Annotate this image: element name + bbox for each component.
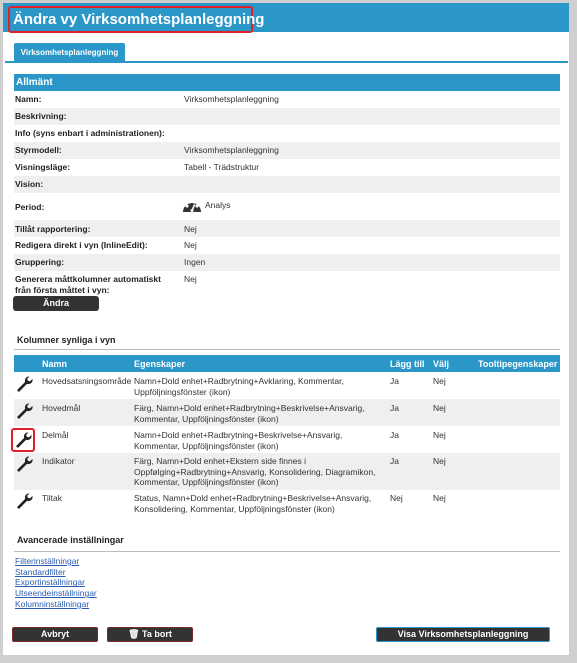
trash-icon: 🗑 [128, 629, 139, 639]
tab-virksomhetsplanleggning[interactable]: Virksomhetsplanleggning [14, 43, 125, 63]
divider [14, 551, 560, 552]
field-value: Virksomhetsplanleggning [184, 94, 279, 105]
field-label: Gruppering: [15, 257, 64, 268]
table-row: Tiltak Status, Namn+Dold enhet+Radbrytni… [14, 490, 560, 517]
field-row-generate-measure-columns: Generera måttkolumner automatiskt från f… [14, 271, 560, 297]
wrench-icon[interactable] [15, 455, 33, 473]
wrench-icon[interactable] [15, 375, 33, 393]
delete-label: Ta bort [142, 629, 172, 639]
field-row-display-mode: Visningsläge: Tabell - Trädstruktur [14, 159, 560, 176]
link-filter-settings[interactable]: Filterinställningar [15, 556, 97, 567]
edit-button[interactable]: Ändra [13, 296, 99, 311]
field-row-vision: Vision: [14, 176, 560, 193]
column-name: Hovedsatsningsområde [42, 376, 131, 387]
advanced-section-heading: Avancerade inställningar [17, 535, 563, 545]
col-header-tooltip: Tooltipegenskaper [478, 359, 557, 369]
col-header-name: Namn [42, 359, 67, 369]
field-row-description: Beskrivning: [14, 108, 560, 125]
table-row: Delmål Namn+Dold enhet+Radbrytning+Beskr… [14, 426, 560, 453]
general-section-header: Allmänt [14, 74, 560, 91]
table-row: Indikator Färg, Namn+Dold enhet+Ekstern … [14, 453, 560, 490]
column-select: Nej [433, 493, 446, 504]
link-export-settings[interactable]: Exportinställningar [15, 577, 97, 588]
field-label: Redigera direkt i vyn (InlineEdit): [15, 240, 148, 251]
field-label: Beskrivning: [15, 111, 67, 122]
table-row: Hovedsatsningsområde Namn+Dold enhet+Rad… [14, 372, 560, 399]
column-name: Hovedmål [42, 403, 80, 414]
field-label: Styrmodell: [15, 145, 62, 156]
column-add: Nej [390, 493, 403, 504]
column-properties: Namn+Dold enhet+Radbrytning+Beskrivelse+… [134, 430, 379, 451]
column-name: Delmål [42, 430, 68, 441]
column-add: Ja [390, 376, 399, 387]
field-label: Period: [15, 202, 44, 213]
field-value: Analys [205, 200, 231, 211]
column-properties: Namn+Dold enhet+Radbrytning+Avklaring, K… [134, 376, 379, 397]
wrench-icon[interactable] [11, 428, 35, 452]
field-label: Tillåt rapportering: [15, 224, 90, 235]
column-properties: Färg, Namn+Dold enhet+Ekstern side finne… [134, 456, 379, 488]
column-select: Nej [433, 456, 446, 467]
table-row: Hovedmål Färg, Namn+Dold enhet+Radbrytni… [14, 399, 560, 426]
field-row-allow-reporting: Tillåt rapportering: Nej [14, 220, 560, 237]
field-value: Nej [184, 274, 197, 285]
field-value: Nej [184, 224, 197, 235]
field-label: Namn: [15, 94, 41, 105]
field-row-name: Namn: Virksomhetsplanleggning [14, 91, 560, 108]
field-label: Generera måttkolumner automatiskt från f… [15, 274, 175, 296]
column-select: Nej [433, 403, 446, 414]
column-select: Nej [433, 376, 446, 387]
field-label: Info (syns enbart i administrationen): [15, 128, 165, 139]
columns-table-header: Namn Egenskaper Lägg till Välj Tooltipeg… [14, 355, 560, 372]
column-name: Indikator [42, 456, 75, 467]
field-row-steering-model: Styrmodell: Virksomhetsplanleggning [14, 142, 560, 159]
delete-button[interactable]: 🗑 Ta bort [107, 627, 193, 642]
dialog-title: Ändra vy Virksomhetsplanleggning [8, 6, 253, 33]
column-add: Ja [390, 456, 399, 467]
tab-bar: Virksomhetsplanleggning [5, 40, 568, 63]
field-value: Ingen [184, 257, 205, 268]
view-button[interactable]: Visa Virksomhetsplanleggning [376, 627, 550, 642]
column-add: Ja [390, 430, 399, 441]
field-row-inline-edit: Redigera direkt i vyn (InlineEdit): Nej [14, 237, 560, 254]
columns-section-heading: Kolumner synliga i vyn [17, 335, 563, 345]
link-column-settings[interactable]: Kolumninställningar [15, 599, 97, 610]
col-header-add: Lägg till [390, 359, 425, 369]
wrench-icon[interactable] [15, 402, 33, 420]
field-value: Nej [184, 240, 197, 251]
column-add: Ja [390, 403, 399, 414]
field-value: Tabell - Trädstruktur [184, 162, 259, 173]
field-row-period: Period: Analys [14, 193, 560, 220]
field-label: Visningsläge: [15, 162, 70, 173]
col-header-select: Välj [433, 359, 449, 369]
dashboard-gauge-icon [182, 197, 202, 215]
column-name: Tiltak [42, 493, 62, 504]
wrench-icon[interactable] [15, 492, 33, 510]
col-header-properties: Egenskaper [134, 359, 185, 369]
link-appearance-settings[interactable]: Utseendeinställningar [15, 588, 97, 599]
link-standard-filter[interactable]: Standardfilter [15, 567, 97, 578]
field-row-grouping: Gruppering: Ingen [14, 254, 560, 271]
column-select: Nej [433, 430, 446, 441]
edit-view-dialog: Ändra vy Virksomhetsplanleggning Virksom… [3, 3, 569, 655]
title-bar: Ändra vy Virksomhetsplanleggning [3, 3, 569, 32]
field-label: Vision: [15, 179, 43, 190]
field-value: Virksomhetsplanleggning [184, 145, 279, 156]
advanced-links: Filterinställningar Standardfilter Expor… [15, 556, 97, 610]
field-row-info: Info (syns enbart i administrationen): [14, 125, 560, 142]
cancel-button[interactable]: Avbryt [12, 627, 98, 642]
divider [14, 349, 560, 350]
column-properties: Färg, Namn+Dold enhet+Radbrytning+Beskri… [134, 403, 379, 424]
column-properties: Status, Namn+Dold enhet+Radbrytning+Besk… [134, 493, 379, 514]
